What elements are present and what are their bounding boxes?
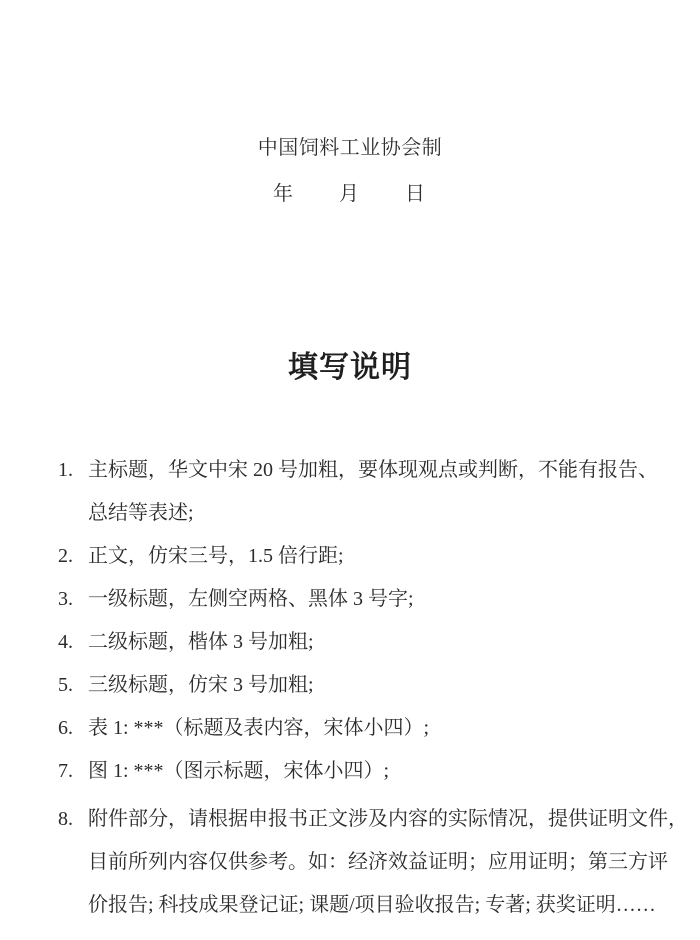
instruction-line: 主标题，华文中宋 20 号加粗，要体现观点或判断，不能有报告、 <box>88 449 673 492</box>
instruction-line: 表 1: ***（标题及表内容，宋体小四）; <box>88 707 673 750</box>
instruction-line: 一级标题，左侧空两格、黑体 3 号字; <box>88 578 673 621</box>
item-number: 8. <box>58 798 86 841</box>
instruction-item-3: 3. 一级标题，左侧空两格、黑体 3 号字; <box>58 578 673 621</box>
instruction-item-1: 1. 主标题，华文中宋 20 号加粗，要体现观点或判断，不能有报告、 总结等表述… <box>58 449 673 535</box>
instruction-line: 附件部分，请根据申报书正文涉及内容的实际情况，提供证明文件， <box>88 798 673 841</box>
page-title: 填写说明 <box>0 342 700 386</box>
instruction-line: 图 1: ***（图示标题，宋体小四）; <box>88 750 673 793</box>
instruction-line: 价报告; 科技成果登记证; 课题/项目验收报告; 专著; 获奖证明…… <box>88 884 673 927</box>
instructions-list: 1. 主标题，华文中宋 20 号加粗，要体现观点或判断，不能有报告、 总结等表述… <box>58 449 673 927</box>
instruction-item-7: 7. 图 1: ***（图示标题，宋体小四）; <box>58 750 673 793</box>
item-number: 4. <box>58 621 86 664</box>
item-number: 6. <box>58 707 86 750</box>
instruction-item-4: 4. 二级标题，楷体 3 号加粗; <box>58 621 673 664</box>
instruction-item-2: 2. 正文，仿宋三号，1.5 倍行距; <box>58 535 673 578</box>
document-page: 中国饲料工业协会制 年 月 日 填写说明 1. 主标题，华文中宋 20 号加粗，… <box>0 0 700 940</box>
publisher-line: 中国饲料工业协会制 <box>0 131 700 160</box>
instruction-item-8: 8. 附件部分，请根据申报书正文涉及内容的实际情况，提供证明文件， 目前所列内容… <box>58 798 673 927</box>
instruction-line: 总结等表述; <box>88 492 673 535</box>
item-number: 2. <box>58 535 86 578</box>
instruction-line: 正文，仿宋三号，1.5 倍行距; <box>88 535 673 578</box>
instruction-item-5: 5. 三级标题，仿宋 3 号加粗; <box>58 664 673 707</box>
instruction-line: 二级标题，楷体 3 号加粗; <box>88 621 673 664</box>
instruction-item-6: 6. 表 1: ***（标题及表内容，宋体小四）; <box>58 707 673 750</box>
item-number: 1. <box>58 449 86 492</box>
item-number: 7. <box>58 750 86 793</box>
instruction-line: 目前所列内容仅供参考。如：经济效益证明；应用证明；第三方评 <box>88 841 673 884</box>
item-number: 3. <box>58 578 86 621</box>
item-number: 5. <box>58 664 86 707</box>
instruction-line: 三级标题，仿宋 3 号加粗; <box>88 664 673 707</box>
date-line: 年 月 日 <box>0 177 700 206</box>
